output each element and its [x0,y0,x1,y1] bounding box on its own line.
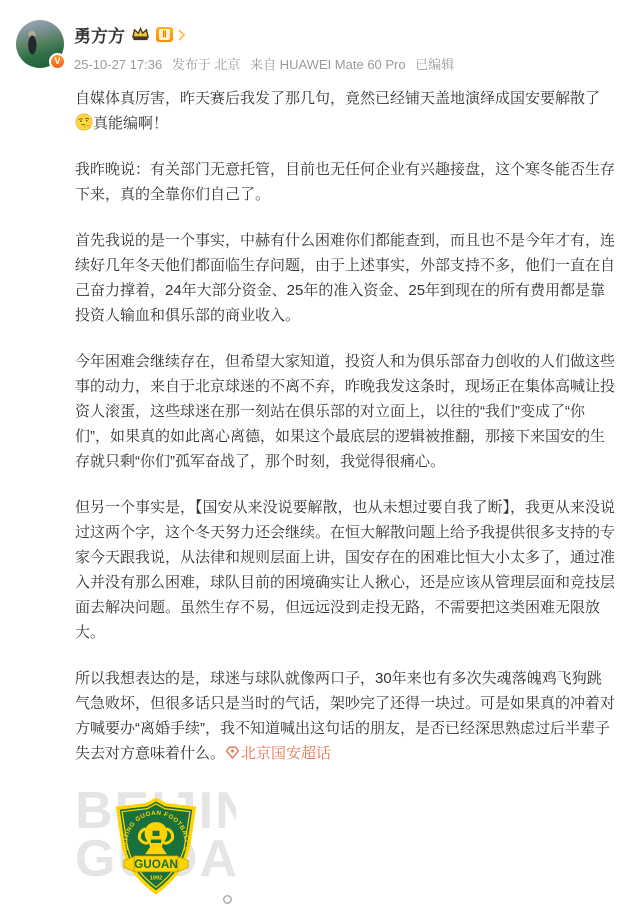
paragraph: 我昨晚说：有关部门无意托管，目前也无任何企业有兴趣接盘，这个寒冬能否生存下来，真… [75,157,615,207]
level-chevron-icon [178,29,186,41]
post-meta: 25-10-27 17:36 发布于 北京 来自 HUAWEI Mate 60 … [74,54,460,73]
header-text: 勇方方 Ⅱ 25-10-27 17:36 发布于 北京 来自 HUAWEI Ma… [74,20,460,73]
paragraph-text: 真能编啊！ [93,115,168,132]
paragraph: 自媒体真厉害，昨天赛后我发了那几句，竟然已经铺天盖地演绎成国安要解散了 真能编啊… [75,86,615,136]
paragraph-text: 所以我想表达的是，球迷与球队就像两口子，30年来也有多次失魂落魄鸡飞狗跳气急败坏… [75,670,615,762]
supertopic-label: 北京国安超话 [241,745,331,762]
post-source[interactable]: 来自 HUAWEI Mate 60 Pro [250,57,406,72]
paragraph: 今年困难会继续存在，但希望大家知道，投资人和为俱乐部奋力创收的人们做这些事的动力… [75,349,615,474]
post-body: 自媒体真厉害，昨天赛后我发了那几句，竟然已经铺天盖地演绎成国安要解散了 真能编啊… [75,86,615,908]
crest-year-text: 1992 [149,875,162,881]
post-header: V 勇方方 Ⅱ 25-10-27 17:36 发布于 北京 来自 H [0,0,631,73]
vip-crown-icon[interactable] [130,26,151,43]
supertopic-link[interactable]: 北京国安超话 [225,745,331,762]
thinking-face-emoji [75,113,93,131]
paragraph: 所以我想表达的是，球迷与球队就像两口子，30年来也有多次失魂落魄鸡飞狗跳气急败坏… [75,666,615,766]
crest-main-text: GUOAN [134,858,178,871]
avatar[interactable]: V [16,20,64,68]
photo-watermark-icon [223,895,232,904]
paragraph: 但另一个事实是，【国安从来没说要解散，也从未想过要自我了断】，我更从来没说过这两… [75,495,615,645]
weibo-post-page: V 勇方方 Ⅱ 25-10-27 17:36 发布于 北京 来自 H [0,0,631,908]
username[interactable]: 勇方方 [74,22,125,47]
guoan-crest: BEIJING GUOAN FOOTBALL CLUB GUOAN 1992 [112,796,200,896]
supertopic-icon [225,745,240,760]
post-image-guoan-crest[interactable]: BEIJING GUOAN BEIJING GUOAN FOOTBALL CLU… [75,787,236,908]
verified-badge-icon: V [49,53,66,70]
post-location: 发布于 北京 [172,57,241,72]
edited-label: 已编辑 [415,57,454,72]
post-time: 25-10-27 17:36 [74,57,162,72]
paragraph: 首先我说的是一个事实，中赫有什么困难你们都能查到，而且也不是今年才有，连续好几年… [75,228,615,328]
member-level-badge[interactable]: Ⅱ [156,27,173,42]
member-level-number: Ⅱ [159,29,170,40]
paragraph-text: 自媒体真厉害，昨天赛后我发了那几句，竟然已经铺天盖地演绎成国安要解散了 [75,90,600,107]
